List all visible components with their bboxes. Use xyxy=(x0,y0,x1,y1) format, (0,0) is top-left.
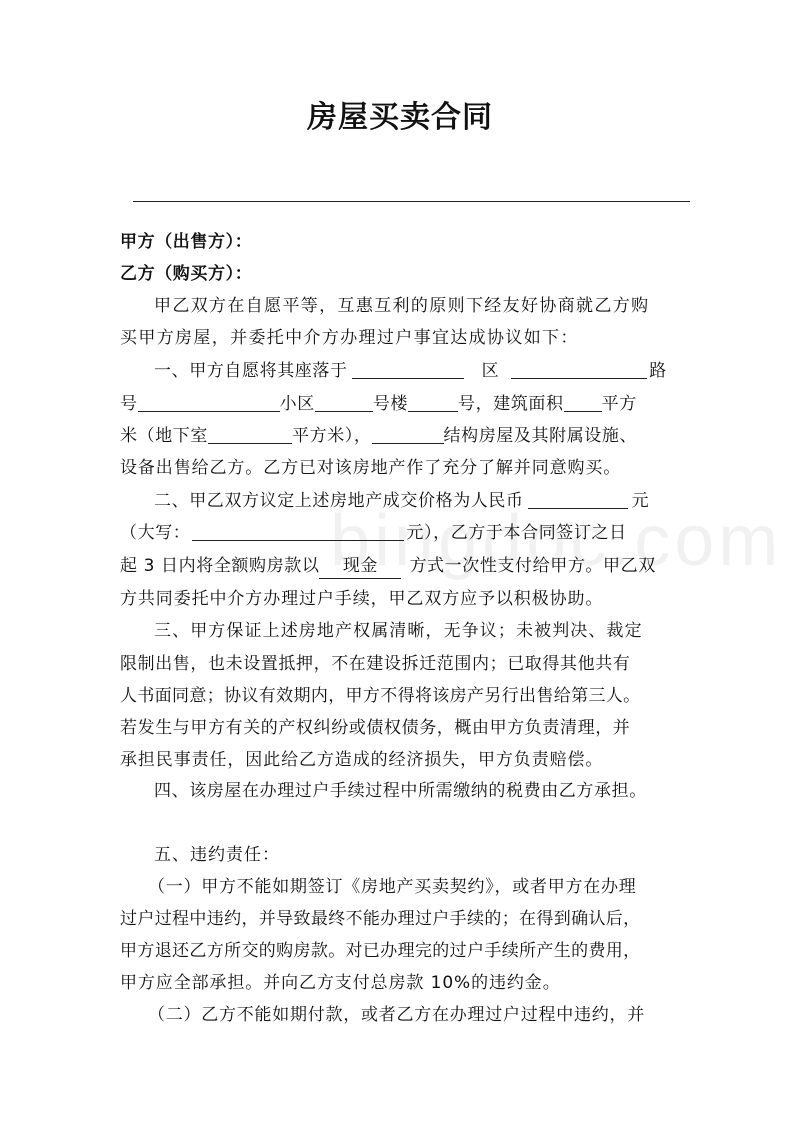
preamble-line-1: 甲乙双方在自愿平等，互惠互利的原则下经友好协商就乙方购 xyxy=(154,294,680,318)
sqm-label: 平方 xyxy=(602,394,637,414)
clause-3-line-3: 人书面同意；协议有效期内，甲方不得将该房产另行出售给第三人。 xyxy=(120,684,680,708)
clause-5-1-line-3: 甲方退还乙方所交的购房款。对已办理完的过户手续所产生的费用， xyxy=(120,939,680,963)
clause-1-line-1: 一、甲方自愿将其座落于区路 xyxy=(154,359,680,383)
building-label: 号楼 xyxy=(373,394,408,414)
number-label: 号 xyxy=(120,394,138,414)
basement-label: 米（地下室 xyxy=(120,426,208,446)
clause-3-line-5: 承担民事责任，因此给乙方造成的经济损失，甲方负责赔偿。 xyxy=(120,748,680,772)
payment-method-field[interactable]: 现金 xyxy=(319,554,401,579)
clause-2-line-4: 方共同委托中介方办理过户手续，甲乙双方应予以积极协助。 xyxy=(120,587,680,611)
title-divider xyxy=(133,201,690,202)
preamble-line-2: 买甲方房屋，并委托中介方办理过户事宜达成协议如下： xyxy=(120,326,680,350)
clause-5-2-line-1: （二）乙方不能如期付款，或者乙方在办理过户过程中违约，并 xyxy=(148,1003,708,1027)
number-field[interactable] xyxy=(138,394,280,412)
clause-2-line-2: （大写：元），乙方于本合同签订之日 xyxy=(120,521,680,545)
clause-4-line-1: 四、该房屋在办理过户手续过程中所需缴纳的税费由乙方承担。 xyxy=(154,779,680,803)
building-field[interactable] xyxy=(408,394,458,412)
payment-label: 起 3 日内将全额购房款以 xyxy=(120,556,319,576)
clause-1-line-4: 设备出售给乙方。乙方已对该房地产作了充分了解并同意购买。 xyxy=(120,456,680,480)
clause-5-1-line-1: （一）甲方不能如期签订《房地产买卖契约》，或者甲方在办理 xyxy=(148,875,708,899)
buyer-label: 乙方（购买方）： xyxy=(120,262,680,286)
document-title: 房屋买卖合同 xyxy=(0,98,800,138)
area-label: 号，建筑面积 xyxy=(458,394,564,414)
road-field[interactable] xyxy=(511,361,647,379)
area-field[interactable] xyxy=(564,394,602,412)
document-page: bingdoc.com 房屋买卖合同 甲方（出售方）： 乙方（购买方）： 甲乙双… xyxy=(0,0,800,1132)
clause-5-1-line-4: 甲方应全部承担。并向乙方支付总房款 10%的违约金。 xyxy=(120,971,680,995)
clause-3-line-2: 限制出售，也未设置抵押，不在建设拆迁范围内；已取得其他共有 xyxy=(120,652,680,676)
community-label: 小区 xyxy=(280,394,315,414)
clause-2-line-3: 起 3 日内将全额购房款以现金方式一次性支付给甲方。甲乙双 xyxy=(120,554,680,579)
district-label: 区 xyxy=(482,361,500,381)
clause-2-line-1: 二、甲乙双方议定上述房地产成交价格为人民币元 xyxy=(154,489,680,513)
price-field[interactable] xyxy=(528,491,628,509)
basement-unit-label: 平方米）， xyxy=(292,426,372,446)
district-field[interactable] xyxy=(352,361,464,379)
price-label: 二、甲乙双方议定上述房地产成交价格为人民币 xyxy=(154,491,524,511)
clause-3-line-4: 若发生与甲方有关的产权纠纷或债权债务，概由甲方负责清理，并 xyxy=(120,716,680,740)
clause-5-heading: 五、违约责任： xyxy=(154,843,680,867)
payment-suffix: 方式一次性支付给甲方。甲乙双 xyxy=(409,556,655,576)
clause-1-text: 一、甲方自愿将其座落于 xyxy=(154,361,348,381)
capital-amount-label: （大写： xyxy=(120,523,190,543)
seller-label: 甲方（出售方）： xyxy=(120,230,680,254)
clause-1-line-2: 号小区号楼号，建筑面积平方 xyxy=(120,392,680,416)
structure-field[interactable] xyxy=(372,426,444,444)
capital-amount-suffix: 元），乙方于本合同签订之日 xyxy=(406,523,626,543)
road-label: 路 xyxy=(649,361,667,381)
yuan-label: 元 xyxy=(632,491,650,511)
structure-label: 结构房屋及其附属设施、 xyxy=(444,426,638,446)
basement-field[interactable] xyxy=(208,426,292,444)
clause-1-line-3: 米（地下室平方米），结构房屋及其附属设施、 xyxy=(120,424,680,448)
community-field[interactable] xyxy=(315,394,373,412)
clause-3-line-1: 三、甲方保证上述房地产权属清晰，无争议；未被判决、裁定 xyxy=(154,619,680,643)
clause-5-1-line-2: 过户过程中违约，并导致最终不能办理过户手续的；在得到确认后， xyxy=(120,907,680,931)
capital-amount-field[interactable] xyxy=(192,523,404,541)
